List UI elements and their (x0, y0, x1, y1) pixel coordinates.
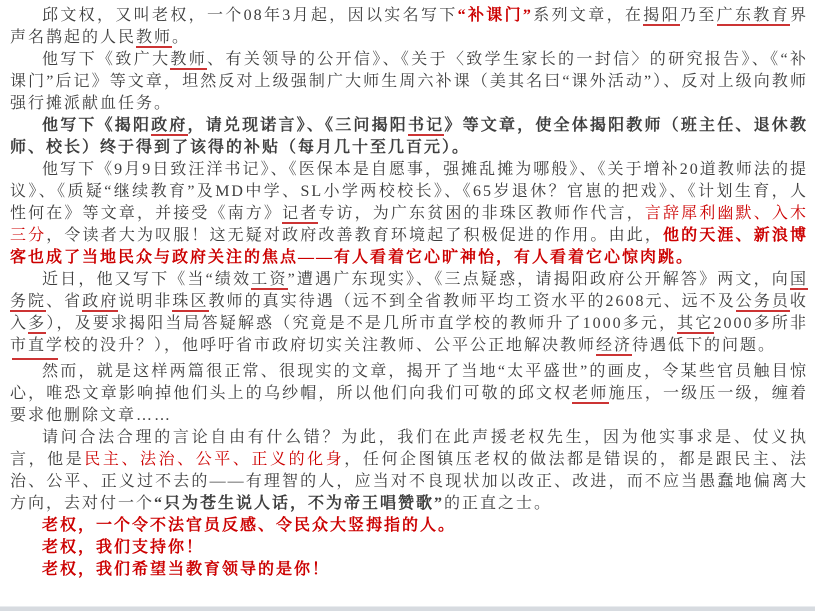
paragraph-slogan-1: 老权，一个令不法官员反感、令民众大竖拇指的人。 (10, 515, 808, 537)
text-run: “补课门” (458, 7, 533, 24)
red-underlined-term: 教师 (136, 29, 172, 48)
text-run: 系列文章，在 (533, 7, 643, 24)
bottom-edge-strip (0, 606, 815, 611)
text-run: 乃至 (680, 7, 717, 24)
red-underlined-term: 其它 (677, 315, 713, 334)
text-run: 待遇低下的问题。 (632, 337, 776, 354)
red-underlined-term: 政府 (82, 293, 118, 312)
paragraph-intro: 邱文权，又叫老权，一个08年3月起，因以实名写下“补课门”系列文章，在揭阳乃至广… (10, 5, 808, 49)
red-underlined-term: 教育 (753, 7, 790, 26)
text-run: 邱文权，又叫老权，一个08年3月起，因以实名写下 (42, 7, 458, 24)
text-run: 民主、法治、公平、正义的化身 (84, 451, 344, 468)
red-underlined-term: 珠区 (172, 293, 208, 312)
paragraph-slogan-2: 老权，我们支持你！ (10, 537, 808, 559)
text-run: 、省 (46, 293, 82, 310)
text-run: 近日，他又写下《当“绩效 (42, 271, 251, 288)
document-body: 邱文权，又叫老权，一个08年3月起，因以实名写下“补课门”系列文章，在揭阳乃至广… (10, 5, 808, 581)
text-run: 教师的真实待遇（远不到全省教师平均工资水平的2608元、远不及 (209, 293, 736, 310)
text-run: 说明非 (118, 293, 172, 310)
text-run: 他写下《致广大 (42, 51, 170, 68)
text-run: 老权，我们希望当教育领导的是你！ (42, 561, 330, 578)
red-underlined-term: 书记 (408, 117, 444, 136)
red-underlined-term: 揭阳 (643, 7, 680, 26)
red-underlined-term: 工资 (251, 271, 287, 290)
red-underlined-term: 教师 (170, 51, 207, 70)
paragraph-defense: 请问合法合理的言论自由有什么错？为此，我们在此声援老权先生，因为他实事求是、仗义… (10, 427, 808, 515)
document-page: 邱文权，又叫老权，一个08年3月起，因以实名写下“补课门”系列文章，在揭阳乃至广… (0, 0, 815, 611)
text-run: ，令读者大为叹服！这无疑对政府改善教育环境起了积极促进的作用。由此， (46, 227, 663, 244)
text-run: ”遭遇广东现实》、《三点疑惑，请揭阳政府公开解答》两文，向 (288, 271, 790, 288)
text-run: 。 (172, 29, 190, 46)
paragraph-slogan-3: 老权，我们希望当教育领导的是你！ (10, 559, 808, 581)
paragraph-subsidy-bold: 他写下《揭阳政府，请兑现诺言》、《三问揭阳书记》等文章，使全体揭阳教师（班主任、… (10, 115, 808, 159)
paragraph-articles-blog: 他写下《9月9日致汪洋书记》、《医保本是自愿事，强摊乱摊为哪般》、《关于增补20… (10, 159, 808, 269)
text-run: 的正直之士。 (444, 495, 552, 512)
text-run: “只为苍生说人话，不为帝王唱赞歌” (154, 495, 444, 512)
paragraph-recent-appeals: 近日，他又写下《当“绩效工资”遭遇广东现实》、《三点疑惑，请揭阳政府公开解答》两… (10, 269, 808, 357)
red-underlined-term: 经济 (596, 337, 632, 356)
red-underlined-term: 公务员 (736, 293, 790, 312)
text-run: 老权，一个令不法官员反感、令民众大竖拇指的人。 (42, 517, 456, 534)
stray-red-underline (12, 358, 58, 360)
red-underlined-term: 多 (28, 315, 46, 334)
red-underlined-term: 记者 (282, 205, 318, 224)
red-underlined-term: 政府 (151, 117, 187, 136)
text-run: 老权，我们支持你！ (42, 539, 204, 556)
paragraph-pressure: 然而，就是这样两篇很正常、很现实的文章，揭开了当地“太平盛世”的画皮，令某些官员… (10, 361, 808, 427)
red-underlined-term: 老师 (572, 385, 608, 404)
text-run: 专访，为广东贫困的非珠区教师作代言， (318, 205, 645, 222)
text-run: ，请兑现诺言》、《三问揭阳 (188, 117, 408, 134)
text-run: 他写下《揭阳 (42, 117, 151, 134)
text-run: ），及要求揭阳当局答疑解惑（究竟是不是几所市直学校的教师升了1000多元， (46, 315, 677, 332)
paragraph-open-letters: 他写下《致广大教师、有关领导的公开信》、《关于〈致学生家长的一封信〉的研究报告》… (10, 49, 808, 115)
red-underlined-term: 广东 (717, 7, 754, 26)
